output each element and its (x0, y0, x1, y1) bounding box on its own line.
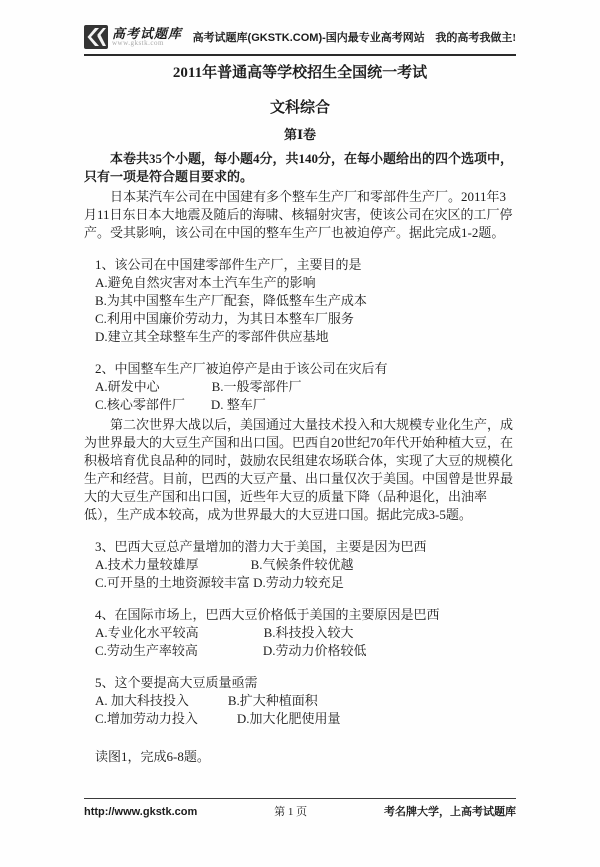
question-4-stem: 4、在国际市场上，巴西大豆价格低于美国的主要原因是巴西 (95, 606, 516, 624)
question-4-options-ab: A.专业化水平较高 B.科技投入较大 (95, 624, 516, 642)
question-2-options-cd: C.核心零部件厂 D. 整车厂 (95, 396, 516, 414)
exam-document-page: 高考试题库 www.gkstk.com 高考试题库(GKSTK.COM)-国内最… (0, 0, 600, 867)
footer-site-url: http://www.gkstk.com (84, 806, 197, 818)
question-1-option-d: D.建立其全球整车生产的零部件供应基地 (95, 328, 516, 346)
exam-title: 2011年普通高等学校招生全国统一考试 (84, 64, 516, 82)
question-4: 4、在国际市场上，巴西大豆价格低于美国的主要原因是巴西 A.专业化水平较高 B.… (84, 606, 516, 660)
question-2-options-ab: A.研发中心 B.一般零部件厂 (95, 378, 516, 396)
figure-1-note: 读图1，完成6-8题。 (84, 748, 516, 766)
gkstk-logo-icon (84, 25, 108, 49)
logo-url: www.gkstk.com (112, 40, 182, 47)
page-number: 第 1 页 (274, 803, 307, 819)
exam-subject: 文科综合 (84, 99, 516, 117)
question-5: 5、这个要提高大豆质量亟需 A. 加大科技投入 B.扩大种植面积 C.增加劳动力… (84, 674, 516, 728)
passage-soybean: 第二次世界大战以后，美国通过大量技术投入和大规模专业化生产，成为世界最大的大豆生… (84, 416, 516, 524)
question-1-option-b: B.为其中国整车生产厂配套，降低整车生产成本 (95, 292, 516, 310)
header-site-banner: 高考试题库(GKSTK.COM)-国内最专业高考网站 (193, 29, 425, 45)
logo-title: 高考试题库 (112, 27, 182, 41)
question-5-options-ab: A. 加大科技投入 B.扩大种植面积 (95, 692, 516, 710)
question-1: 1、该公司在中国建零部件生产厂，主要目的是 A.避免自然灾害对本土汽车生产的影响… (84, 256, 516, 346)
question-3-stem: 3、巴西大豆总产量增加的潜力大于美国，主要是因为巴西 (95, 538, 516, 556)
question-4-options-cd: C.劳动生产率较高 D.劳动力价格较低 (95, 642, 516, 660)
page-footer: http://www.gkstk.com 第 1 页 考名牌大学，上高考试题库 (84, 798, 516, 819)
question-5-options-cd: C.增加劳动力投入 D.加大化肥使用量 (95, 710, 516, 728)
exam-instructions: 本卷共35个小题，每小题4分，共140分，在每小题给出的四个选项中，只有一项是符… (84, 150, 516, 186)
footer-slogan: 考名牌大学，上高考试题库 (384, 803, 516, 819)
header-slogan: 我的高考我做主! (435, 29, 516, 45)
question-3-options-cd: C.可开垦的土地资源较丰富 D.劳动力较充足 (95, 574, 516, 592)
document-content: 2011年普通高等学校招生全国统一考试 文科综合 第Ⅰ卷 本卷共35个小题，每小… (84, 56, 516, 766)
question-5-stem: 5、这个要提高大豆质量亟需 (95, 674, 516, 692)
question-1-option-a: A.避免自然灾害对本土汽车生产的影响 (95, 274, 516, 292)
passage-japan-cars: 日本某汽车公司在中国建有多个整车生产厂和零部件生产厂。2011年3月11日东日本… (84, 188, 516, 242)
section-heading: 第Ⅰ卷 (84, 126, 516, 144)
question-2: 2、中国整车生产厂被迫停产是由于该公司在灾后有 A.研发中心 B.一般零部件厂 … (84, 360, 516, 414)
logo-text: 高考试题库 www.gkstk.com (112, 27, 182, 48)
question-1-stem: 1、该公司在中国建零部件生产厂，主要目的是 (95, 256, 516, 274)
question-3: 3、巴西大豆总产量增加的潜力大于美国，主要是因为巴西 A.技术力量较雄厚 B.气… (84, 538, 516, 592)
question-3-options-ab: A.技术力量较雄厚 B.气候条件较优越 (95, 556, 516, 574)
page-header: 高考试题库 www.gkstk.com 高考试题库(GKSTK.COM)-国内最… (84, 22, 516, 56)
question-1-option-c: C.利用中国廉价劳动力，为其日本整车厂服务 (95, 310, 516, 328)
question-2-stem: 2、中国整车生产厂被迫停产是由于该公司在灾后有 (95, 360, 516, 378)
gkstk-logo: 高考试题库 www.gkstk.com (84, 25, 182, 49)
